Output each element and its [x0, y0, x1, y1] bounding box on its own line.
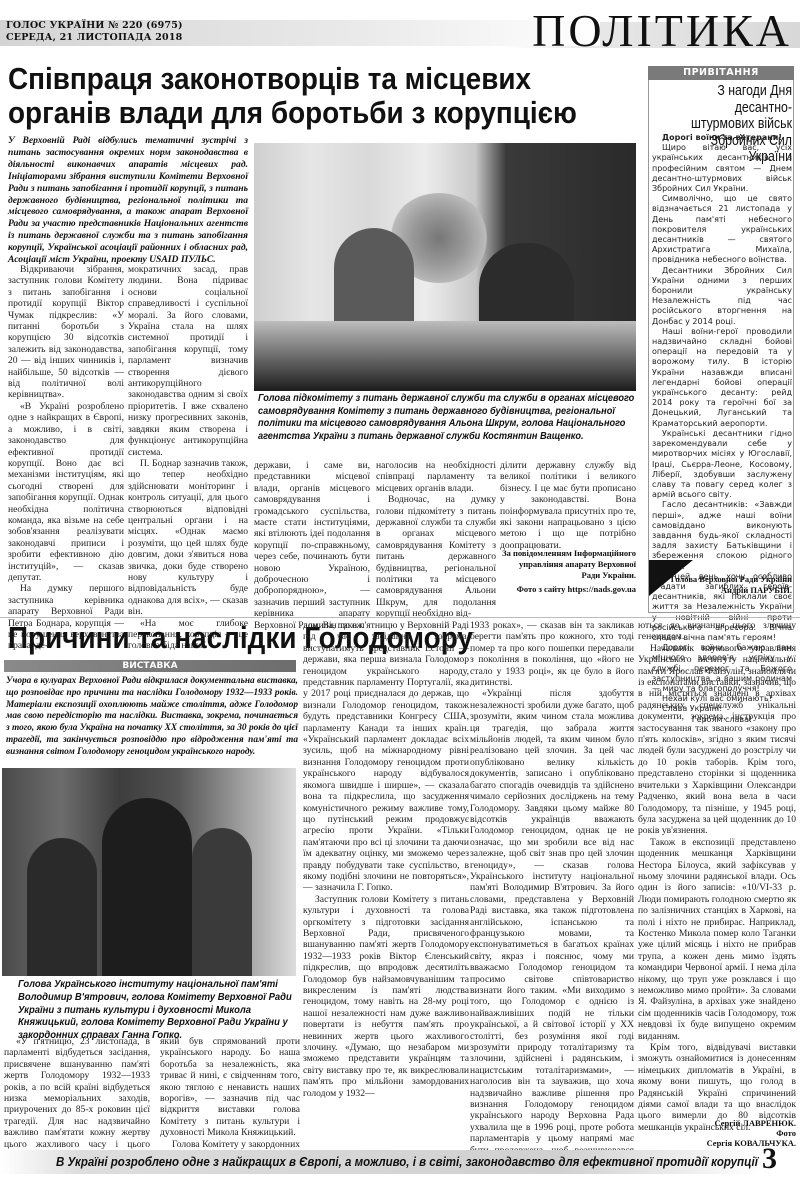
paragraph: ються до визнання цього злочину геноцидо…	[638, 620, 796, 643]
page-number: 3	[762, 1144, 777, 1174]
article2-tag: ВИСТАВКА	[4, 660, 296, 672]
article1-column-4: наголосив на необхідності співпраці парл…	[376, 460, 496, 620]
paragraph: держави, і саме ви, представники місцево…	[254, 460, 370, 631]
photo-table	[254, 321, 636, 391]
paragraph: «Українці після здобуття незалежності зр…	[470, 688, 634, 1167]
article1-column-5: ділити державну службу від великої політ…	[500, 460, 636, 551]
article1-column-3: держави, і саме ви, представники місцево…	[254, 460, 370, 631]
article1-column-2: мократичних засад, прав людини. Вона під…	[128, 264, 248, 652]
author: Сергій ЛАВРЕНЮК.	[638, 1118, 796, 1128]
paragraph: Українські десантники гідно зарекомендув…	[652, 429, 792, 500]
article1-credits: За повідомленням Інформаційного управлін…	[500, 548, 636, 595]
issue-date: СЕРЕДА, 21 ЛИСТОПАДА 2018	[6, 32, 183, 44]
paragraph: Водночас, на думку голови підкомітету з …	[376, 494, 496, 619]
paragraph: 1933 роках», — сказав він та закликав бе…	[470, 620, 634, 688]
paragraph: «У п'ятницю, 23 листопада, в парламенті …	[4, 1036, 150, 1161]
paragraph: П. Боднар зазначив також, що тепер необх…	[128, 458, 248, 618]
article1-headline: Співпраця законотворців та місцевих орга…	[8, 62, 638, 130]
paragraph: Начальник наукового управління Українськ…	[638, 643, 796, 837]
paragraph: наголосив на необхідності співпраці парл…	[376, 460, 496, 494]
paragraph: мократичних засад, прав людини. Вона під…	[128, 264, 248, 458]
paragraph: Десантники Збройних Сил України одними з…	[652, 266, 792, 327]
paper-issue: ГОЛОС УКРАЇНИ № 220 (6975)	[6, 20, 183, 32]
paragraph: «В Україні розроблено одне з найкращих в…	[8, 401, 124, 584]
article2-photo	[2, 768, 296, 976]
masthead-meta: ГОЛОС УКРАЇНИ № 220 (6975) СЕРЕДА, 21 ЛИ…	[6, 20, 183, 44]
paragraph: Також в експозиції представлено щоденник…	[638, 837, 796, 1042]
paragraph: Заступник голови Комітету з питань культ…	[303, 894, 469, 1099]
article2-column-3: домила, що в п'ятницю у Верховній Раді п…	[303, 620, 469, 1099]
sidebar-signature: Голова Верховної Ради України Андрій ПАР…	[652, 574, 792, 596]
paragraph: Символічно, що це свято відзначається 21…	[652, 194, 792, 265]
article1-column-1: Відкриваючи зібрання, заступник голови К…	[8, 264, 124, 652]
photo-person	[27, 838, 97, 976]
sidebar-tag: ПРИВІТАННЯ	[648, 66, 794, 80]
article2-column-4: 1933 роках», — сказав він та закликав бе…	[470, 620, 634, 1168]
paragraph: ділити державну службу від великої політ…	[500, 460, 636, 551]
paragraph: Щиро вітаю вас, усіх українських десантн…	[652, 143, 792, 194]
photo-person	[102, 798, 192, 976]
footer-quote: В Україні розроблено одне з найкращих в …	[56, 1153, 758, 1171]
paragraph: Наші воїни-герої проводили надзвичайно с…	[652, 327, 792, 429]
photo-label: Фото	[638, 1128, 796, 1138]
paragraph: який був спрямований проти українського …	[160, 1036, 300, 1139]
article2-column-2: який був спрямований проти українського …	[160, 1036, 300, 1161]
source-credit: За повідомленням Інформаційного управлін…	[500, 548, 636, 581]
article2-column-5: ються до визнання цього злочину геноцидо…	[638, 620, 796, 1133]
article2-lead: Учора в кулуарах Верховної Ради відкрила…	[6, 676, 298, 759]
section-rubric: ПОЛІТИКА	[532, 6, 792, 56]
article1-photo	[254, 143, 636, 391]
paragraph: Відкриваючи зібрання, заступник голови К…	[8, 264, 124, 401]
paragraph: домила, що в п'ятницю у Верховній Раді п…	[303, 620, 469, 894]
article2-column-1: «У п'ятницю, 23 листопада, в парламенті …	[4, 1036, 150, 1161]
article1-photo-caption: Голова підкомітету з питань державної сл…	[258, 393, 635, 443]
article1-lead: У Верховній Раді відбулись тематичні зус…	[8, 135, 248, 266]
section-divider	[0, 617, 800, 618]
article2-photo-caption: Голова Українського інституту національн…	[18, 978, 306, 1042]
sidebar-greeting: Дорогі воїни та ветерани!	[652, 133, 792, 143]
photo-person	[192, 828, 252, 976]
photo-credit: Фото з сайту https://nads.gov.ua	[500, 584, 636, 595]
